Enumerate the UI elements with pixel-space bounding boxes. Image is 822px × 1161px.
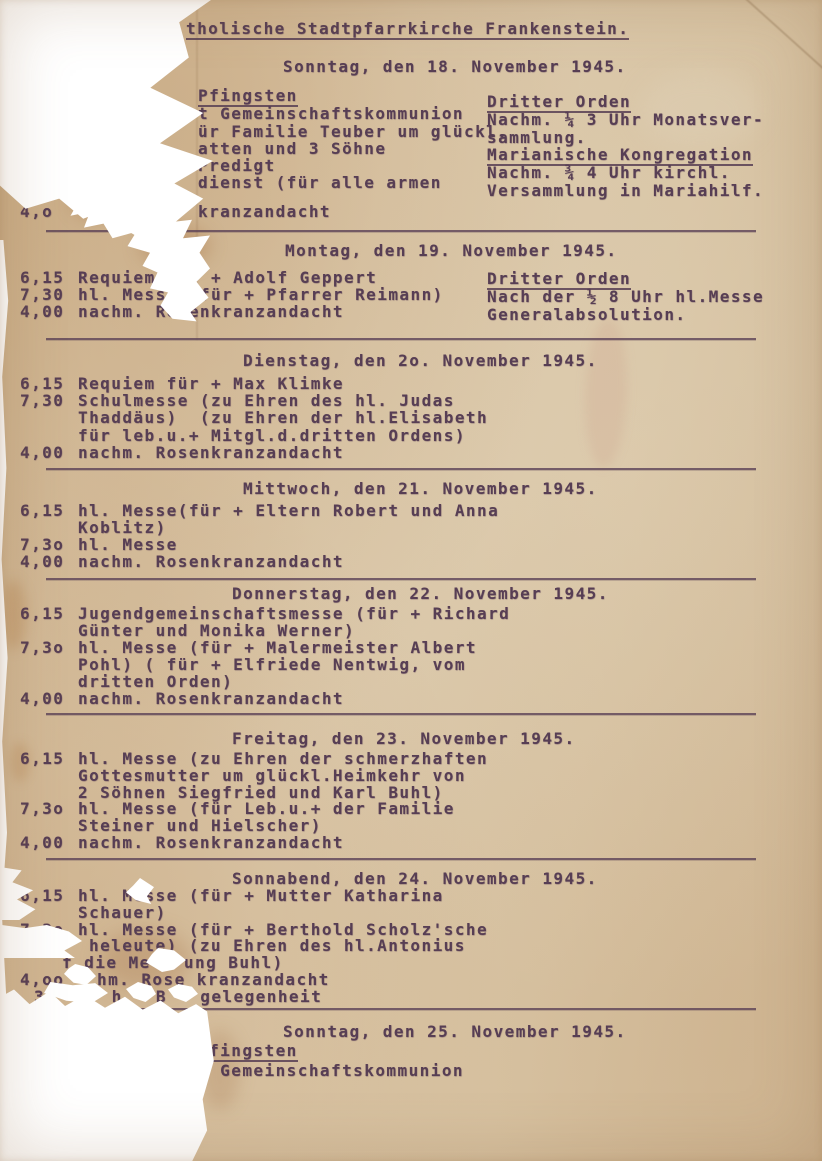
torn-edge-left-sliver — [0, 240, 10, 1000]
schedule-line: hl. Messe (für + Mutter Katharina — [78, 887, 444, 904]
schedule-line: Koblitz) — [78, 519, 167, 536]
stain — [140, 226, 210, 266]
stain — [10, 742, 30, 782]
schedule-line: nachm. Rosenkranzandacht — [78, 690, 344, 707]
schedule-line: Pohl) ( für + Elfriede Nentwig, vom — [78, 656, 466, 673]
schedule-line: nachm. Rosenkranzandacht — [78, 834, 344, 851]
time-label: 4,oo — [20, 971, 64, 988]
schedule-line: 3 h B gelegenheit — [34, 988, 322, 1005]
schedule-line: Steiner und Hielscher) — [78, 817, 322, 834]
time-label: 4,00 — [20, 690, 64, 707]
schedule-line: nachm. Rosenkranzandacht — [78, 303, 344, 320]
time-label: 4,00 — [20, 553, 64, 570]
stain — [200, 1030, 240, 1110]
time-label: 6,15 — [20, 605, 64, 622]
section-date-heading: Freitag, den 23. November 1945. — [232, 730, 576, 747]
time-label: 6,15 — [20, 887, 64, 904]
section-date-heading: Montag, den 19. November 1945. — [285, 242, 617, 259]
section-date-heading: Dienstag, den 2o. November 1945. — [243, 352, 598, 369]
time-label: 7,3o — [20, 921, 64, 938]
notice-heading: Dritter Orden — [487, 93, 631, 113]
crease-line — [741, 0, 822, 109]
section-divider — [46, 338, 756, 340]
schedule-line: heleute) (zu Ehren des hl.Antonius — [89, 937, 466, 954]
schedule-line: Requiem für + Max Klimke — [78, 375, 344, 392]
torn-edge — [0, 866, 40, 920]
section-divider — [46, 230, 756, 232]
torn-hole — [64, 964, 96, 986]
section-divider — [46, 468, 756, 470]
schedule-line: 2 Söhnen Siegfried und Karl Buhl) — [78, 784, 444, 801]
schedule-line: Gottesmutter um glückl.Heimkehr von — [78, 767, 466, 784]
stain — [70, 180, 120, 220]
time-label: 7,3o — [20, 800, 64, 817]
notice-line: Nachm. ¼ 3 Uhr Monatsver- — [487, 111, 764, 128]
torn-edge-top-left — [0, 0, 232, 244]
section-divider — [46, 578, 756, 580]
document-title: tholische Stadtpfarrkirche Frankenstein. — [186, 20, 629, 40]
stain — [100, 930, 190, 990]
section-divider — [46, 858, 756, 860]
schedule-line: ür Familie Teuber um glückl. — [198, 123, 508, 140]
schedule-line: dienst (für alle armen — [198, 174, 442, 191]
schedule-line: hl. Messe (für + Pfarrer Reimann) — [78, 286, 444, 303]
torn-hole — [126, 982, 156, 1002]
section-date-heading: Mittwoch, den 21. November 1945. — [243, 480, 598, 497]
section-date-heading: Sonntag, den 18. November 1945. — [283, 58, 627, 75]
schedule-line: hl. Messe(für + Eltern Robert und Anna — [78, 502, 499, 519]
schedule-line: atten und 3 Söhne — [198, 140, 386, 157]
schedule-line: Jugendgemeinschaftsmesse (für + Richard — [78, 605, 510, 622]
schedule-line: für leb.u.+ Mitgl.d.dritten Ordens) — [78, 427, 466, 444]
notice-line: Nach der ½ 8 Uhr hl.Messe — [487, 288, 764, 305]
time-label: 4,o — [20, 203, 53, 220]
torn-hole — [168, 984, 198, 1002]
paper-sheet: tholische Stadtpfarrkirche Frankenstein.… — [0, 0, 822, 1161]
time-label: 6,15 — [20, 269, 64, 286]
schedule-line: Requiem für + Adolf Geppert — [78, 269, 377, 286]
time-label: 6,15 — [20, 502, 64, 519]
notice-line: Generalabsolution. — [487, 306, 687, 323]
stain — [0, 580, 26, 650]
torn-hole — [146, 948, 186, 972]
torn-edge — [0, 924, 82, 958]
time-label: 7,3o — [20, 536, 64, 553]
schedule-line: dritten Orden) — [78, 673, 233, 690]
schedule-line: Thaddäus) (zu Ehren der hl.Elisabeth — [78, 409, 488, 426]
schedule-line: Schulmesse (zu Ehren des hl. Judas — [78, 392, 455, 409]
schedule-line: kranzandacht — [198, 203, 331, 220]
time-label: 6,15 — [20, 750, 64, 767]
crease-line — [196, 0, 198, 340]
schedule-line: hl. Messe (für Leb.u.+ der Familie — [78, 800, 455, 817]
section-divider — [46, 1008, 756, 1010]
schedule-line: Predigt — [198, 157, 276, 174]
schedule-line: Pfingsten — [198, 1042, 298, 1062]
time-label: 7,30 — [20, 286, 64, 303]
time-label: 6,15 — [20, 375, 64, 392]
time-label: 4,00 — [20, 303, 64, 320]
torn-hole — [44, 982, 108, 1004]
torn-hole — [126, 878, 154, 904]
schedule-line: Schauer) — [78, 904, 167, 921]
notice-heading: Dritter Orden — [487, 270, 631, 290]
schedule-line: Pfingsten — [198, 87, 298, 107]
notice-heading: Marianische Kongregation — [487, 146, 753, 166]
schedule-line: hl. Messe — [78, 536, 178, 553]
time-label: 7,3o — [20, 639, 64, 656]
time-label: 4,00 — [20, 444, 64, 461]
section-date-heading: Sonnabend, den 24. November 1945. — [232, 870, 598, 887]
notice-line: Nachm. ¾ 4 Uhr kirchl. — [487, 164, 731, 181]
schedule-line: Günter und Monika Werner) — [78, 622, 355, 639]
torn-edge-bottom-left — [0, 984, 216, 1161]
schedule-line: t Gemeinschaftskommunion — [198, 1062, 464, 1079]
notice-line: Versammlung in Mariahilf. — [487, 182, 764, 199]
schedule-line: hm. Rose kranzandacht — [97, 971, 330, 988]
schedule-line: t Gemeinschaftskommunion — [198, 105, 464, 122]
schedule-line: hl. Messe (zu Ehren der schmerzhaften — [78, 750, 488, 767]
schedule-line: nachm. Rosenkranzandacht — [78, 444, 344, 461]
section-date-heading: Sonntag, den 25. November 1945. — [283, 1023, 627, 1040]
time-label: 7,30 — [20, 392, 64, 409]
torn-edge-mid-left — [60, 192, 210, 324]
section-divider — [46, 713, 756, 715]
schedule-line: hl. Messe (für + Berthold Scholz'sche — [78, 921, 488, 938]
scanned-document-page: tholische Stadtpfarrkirche Frankenstein.… — [0, 0, 822, 1161]
schedule-line: hl. Messe (für + Malermeister Albert — [78, 639, 477, 656]
time-label: 4,00 — [20, 834, 64, 851]
stain — [640, 70, 760, 150]
schedule-line: f die Me ung Buhl) — [62, 954, 284, 971]
section-date-heading: Donnerstag, den 22. November 1945. — [232, 585, 609, 602]
stain — [582, 317, 629, 468]
notice-line: sammlung. — [487, 129, 587, 146]
schedule-line: nachm. Rosenkranzandacht — [78, 553, 344, 570]
